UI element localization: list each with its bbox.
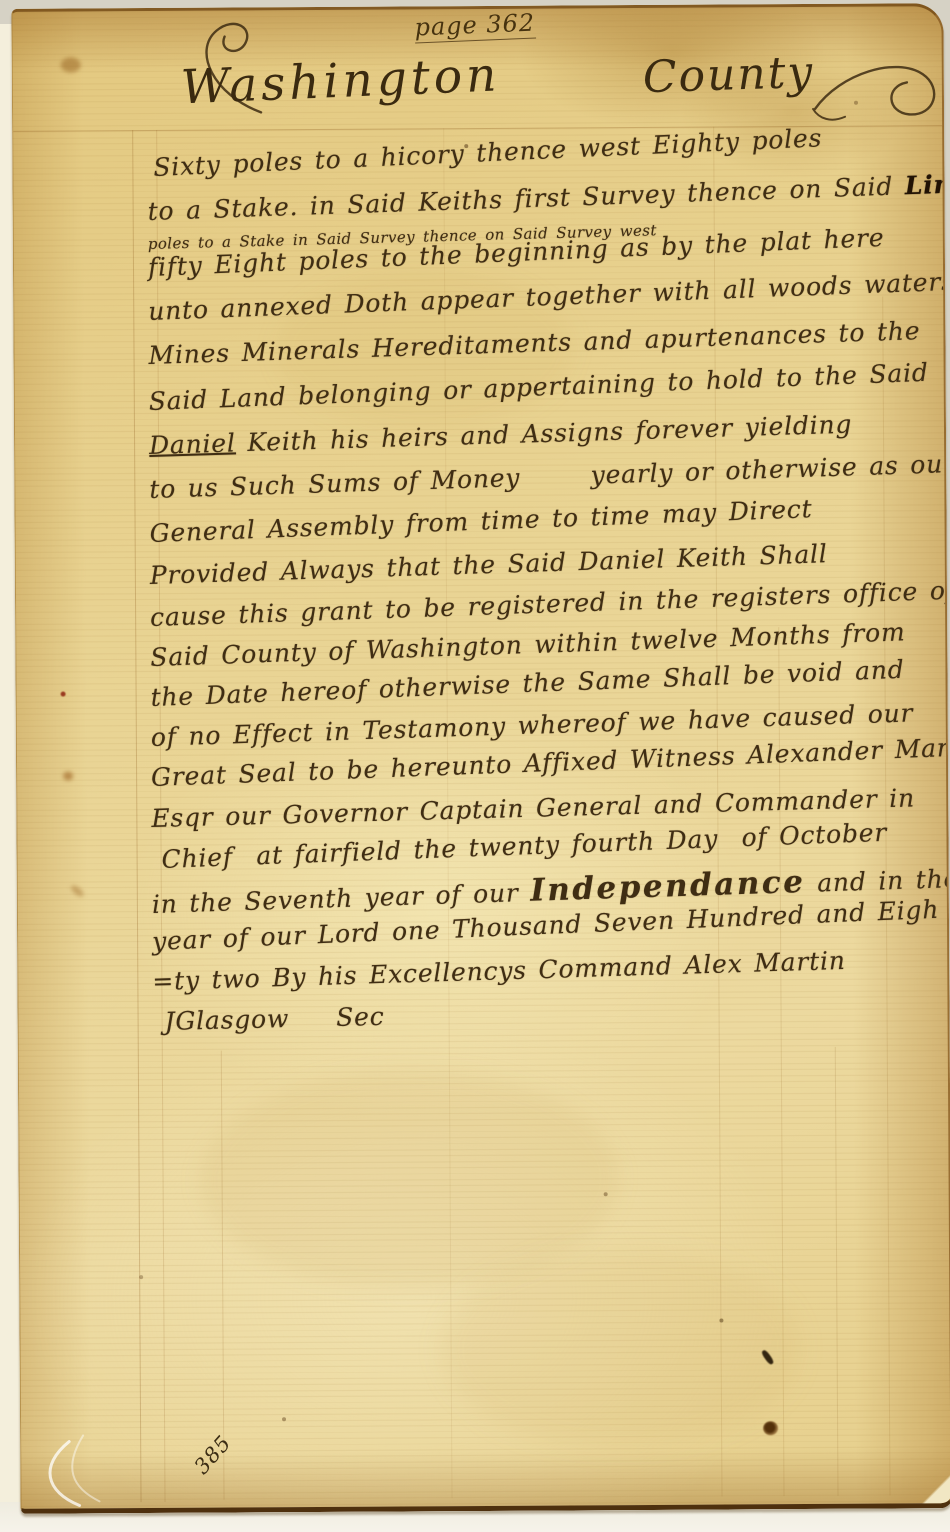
line-text: JGlasgow Sec	[164, 1002, 385, 1036]
page-corner-fold	[916, 1475, 950, 1505]
line-text-bold: Line 106	[904, 167, 950, 200]
scan-background: page 362 Washington County Sixty poles t…	[0, 0, 950, 1532]
ink-spot	[763, 1421, 778, 1435]
ink-specks	[12, 12, 14, 14]
line-text-underlined: Daniel	[149, 428, 236, 460]
document-line: Sixty poles to a hicory thence west Eigh…	[153, 123, 823, 182]
page-number-label: page 362	[414, 9, 536, 44]
document-line: =ty two By his Excellencys Command Alex …	[152, 946, 846, 996]
folio-number: 385	[190, 1431, 237, 1479]
stain	[69, 883, 85, 898]
stain	[63, 771, 73, 780]
document-line: to us Such Sums of Money yearly or other…	[149, 449, 950, 504]
column-line	[835, 1047, 839, 1496]
paper-flaw	[21, 1383, 182, 1509]
stain	[61, 692, 66, 697]
flourish-swash-icon	[811, 50, 939, 133]
line-text: Keith his heirs and Assigns forever yiel…	[235, 410, 852, 458]
line-text: to a Stake. in Said Keiths first Survey …	[147, 171, 905, 226]
column-line	[221, 1051, 225, 1500]
line-text: General Assembly from time to time may D…	[149, 494, 813, 548]
line-text: to us Such Sums of Money yearly or other…	[149, 449, 950, 504]
line-text: and in the	[805, 864, 950, 898]
header-washington: Washington	[180, 47, 501, 115]
margin-line	[132, 130, 141, 1502]
header-county: County	[642, 47, 815, 104]
document-line: JGlasgow Sec	[164, 1002, 385, 1036]
page-sheet: page 362 Washington County Sixty poles t…	[11, 3, 950, 1514]
stain	[440, 1247, 801, 1449]
stain	[61, 57, 81, 72]
document-line: General Assembly from time to time may D…	[149, 494, 813, 548]
line-text: Sixty poles to a hicory thence west Eigh…	[153, 123, 823, 182]
line-text: =ty two By his Excellencys Command Alex …	[152, 946, 846, 996]
